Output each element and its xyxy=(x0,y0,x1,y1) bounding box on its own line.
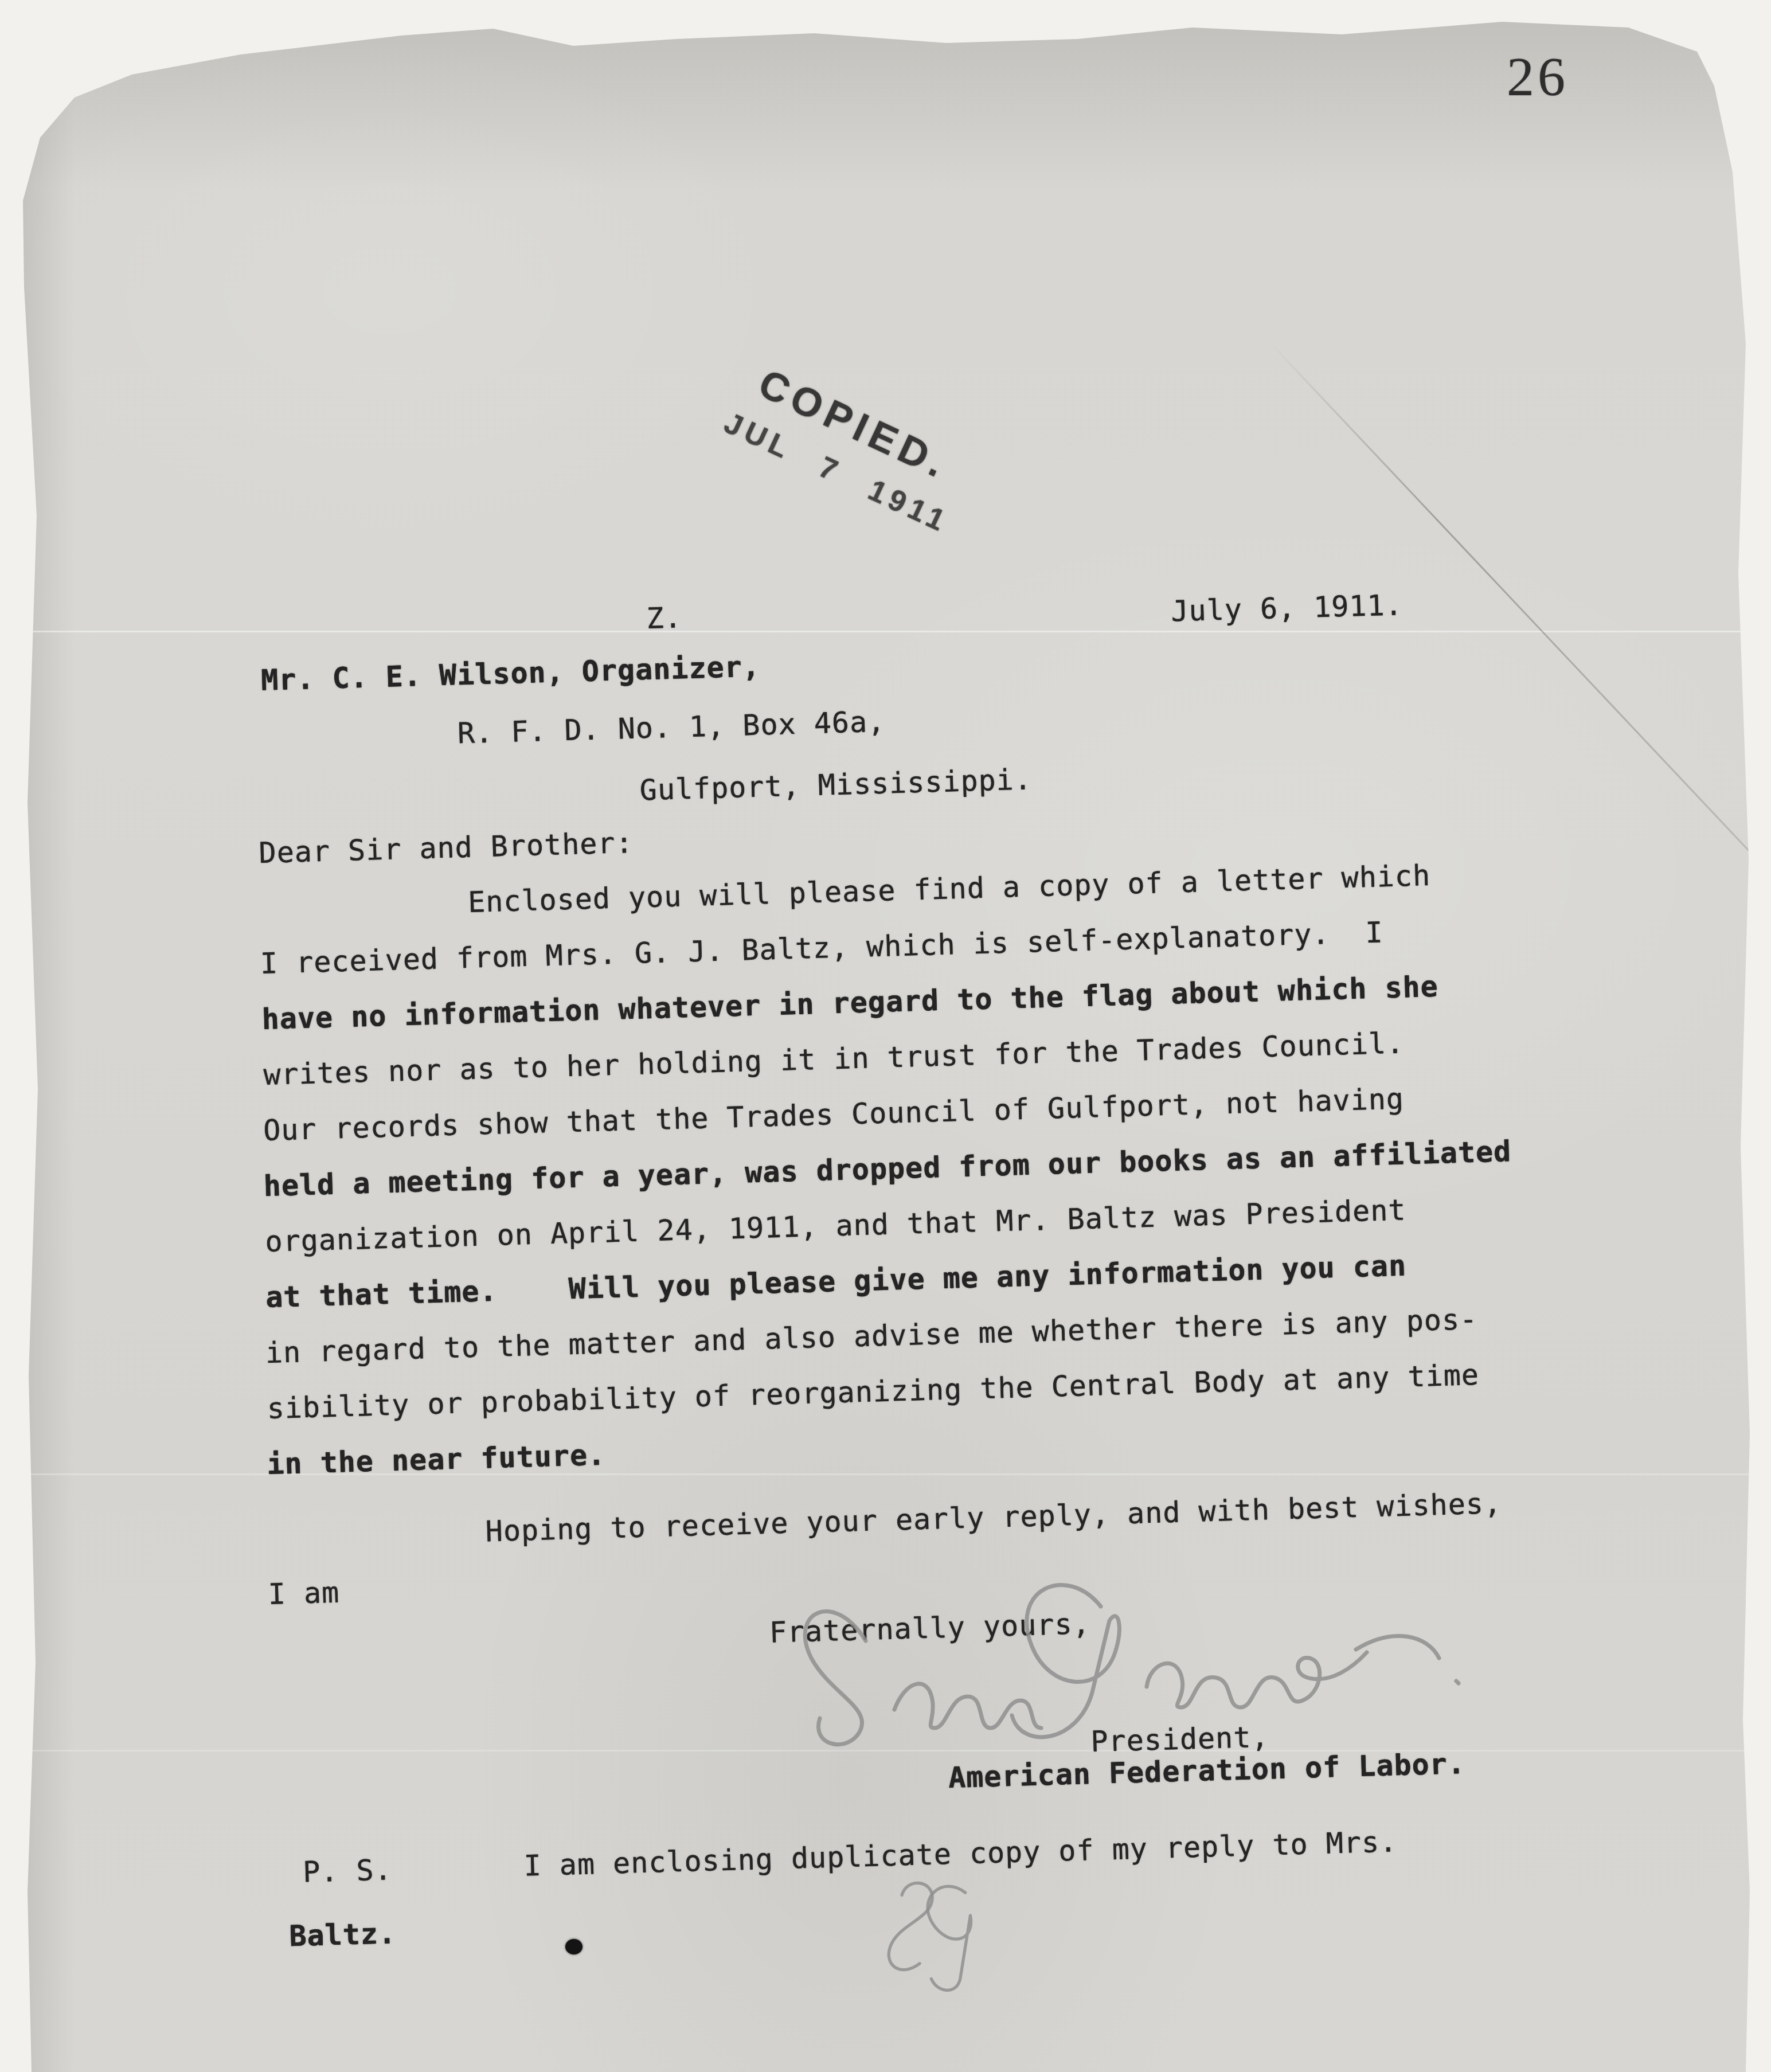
pencil-initials xyxy=(871,1862,1003,1994)
body-line: at that time. Will you please give me an… xyxy=(265,1250,1407,1313)
postscript-continuation: Baltz. xyxy=(289,1918,397,1952)
letter-paper: 26 COPIED. JUL 7 1911 Z. July 6, 1911. M… xyxy=(0,0,1771,2072)
body-line: writes nor as to her holding it in trust… xyxy=(263,1027,1405,1091)
recipient-name: Mr. C. E. Wilson, Organizer, xyxy=(260,651,760,697)
pre-valediction: I am xyxy=(268,1577,340,1610)
ink-dot xyxy=(565,1939,582,1954)
initials-stroke xyxy=(889,1883,932,1969)
copied-stamp: COPIED. JUL 7 1911 xyxy=(732,360,979,540)
initials-stroke xyxy=(928,1886,971,1990)
signature-stroke xyxy=(805,1612,866,1745)
body-line: held a meeting for a year, was dropped f… xyxy=(263,1136,1512,1202)
body-line: in regard to the matter and also advise … xyxy=(265,1304,1478,1369)
left-edge-shading xyxy=(23,0,75,2072)
body-line: organization on April 24, 1911, and that… xyxy=(265,1194,1406,1258)
reference-mark: Z. xyxy=(646,602,683,635)
top-edge-shading xyxy=(0,17,1771,189)
postscript-line: P. S.I am enclosing duplicate copy of my… xyxy=(303,1826,1398,1888)
signature-stroke xyxy=(1012,1585,1119,1737)
body-line: in the near future. xyxy=(267,1440,606,1480)
closing-line: Hoping to receive your early reply, and … xyxy=(485,1488,1502,1547)
signature-stroke xyxy=(1356,1636,1439,1658)
signature-stroke xyxy=(894,1684,1041,1728)
body-line: I received from Mrs. G. J. Baltz, which … xyxy=(260,917,1383,980)
signature-stroke xyxy=(1456,1681,1459,1683)
recipient-address2: Gulfport, Mississippi. xyxy=(639,764,1033,806)
letter-body: Z. July 6, 1911. Mr. C. E. Wilson, Organ… xyxy=(235,536,1610,2018)
body-line: have no information whatever in regard t… xyxy=(261,971,1439,1035)
scanned-letter-page: 26 COPIED. JUL 7 1911 Z. July 6, 1911. M… xyxy=(0,0,1771,2072)
postscript-label: P. S. xyxy=(302,1853,392,1889)
body-line: Enclosed you will please find a copy of … xyxy=(467,860,1430,918)
pencil-signature xyxy=(780,1572,1502,1778)
body-line: Our records show that the Trades Council… xyxy=(263,1083,1404,1147)
salutation: Dear Sir and Brother: xyxy=(259,827,634,869)
date-line: July 6, 1911. xyxy=(1171,589,1403,627)
page-number: 26 xyxy=(1507,45,1569,108)
body-line: sibility or probability of reorganizing … xyxy=(267,1359,1480,1425)
signature-stroke xyxy=(1147,1652,1367,1707)
recipient-address1: R. F. D. No. 1, Box 46a, xyxy=(457,706,886,749)
